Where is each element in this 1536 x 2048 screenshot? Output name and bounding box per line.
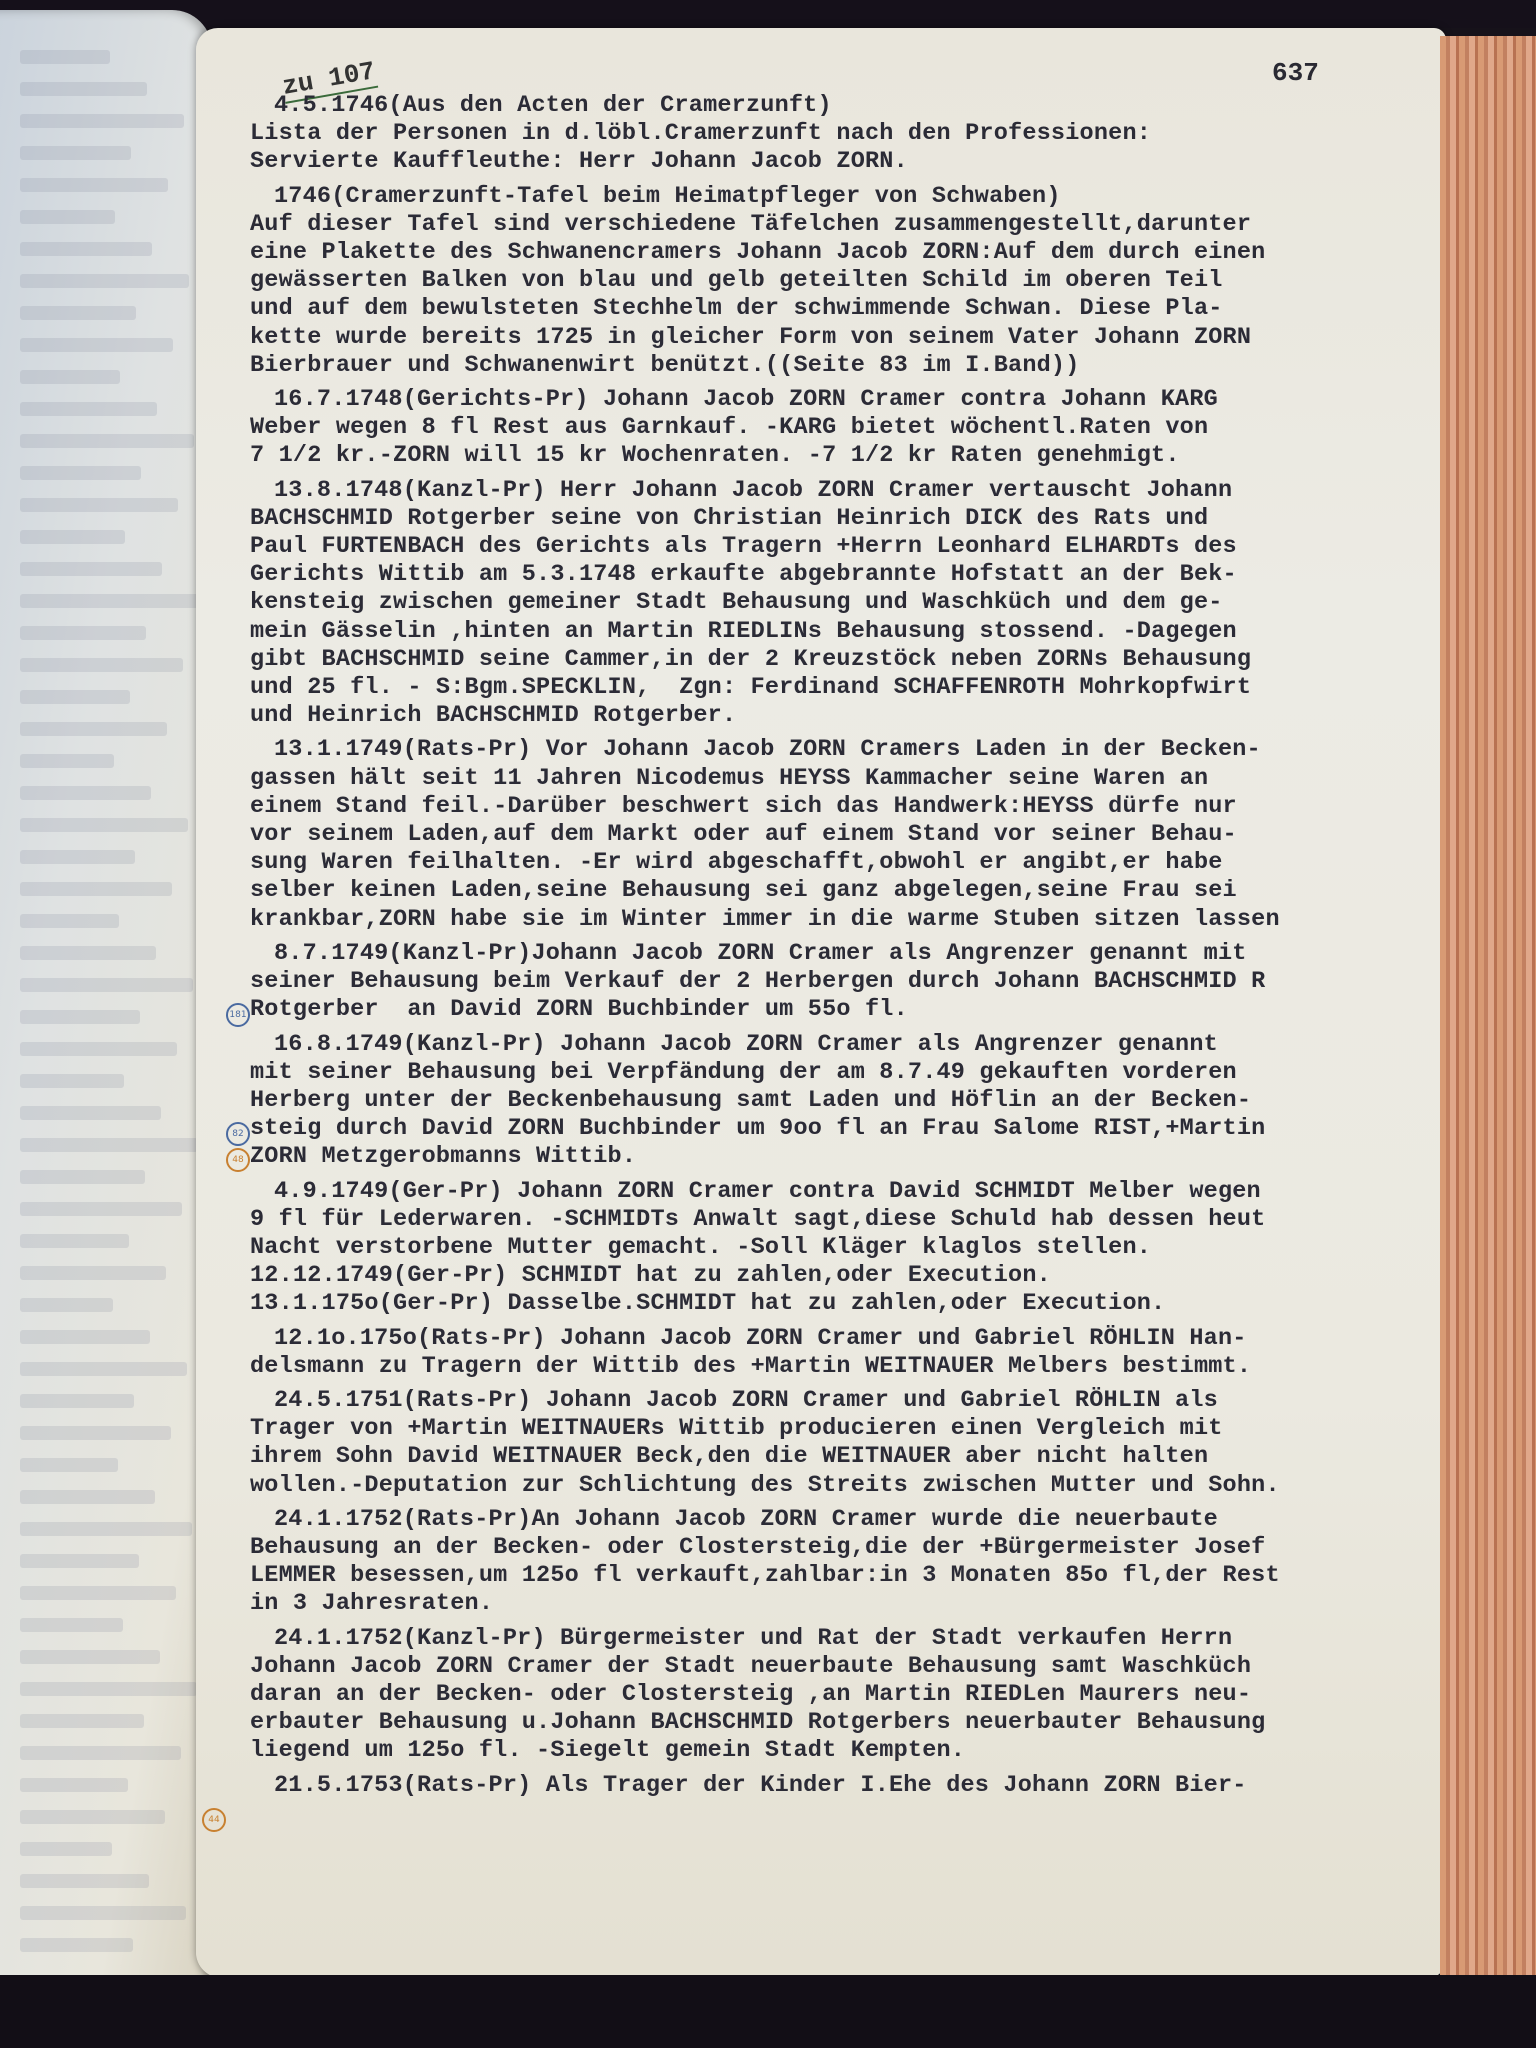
show-through-line <box>20 402 157 416</box>
show-through-line <box>20 530 125 544</box>
show-through-line <box>20 1458 118 1472</box>
entry-text-line: vor seinem Laden,auf dem Markt oder auf … <box>250 821 1440 849</box>
show-through-line <box>20 82 147 96</box>
left-page <box>0 10 212 2000</box>
show-through-line <box>20 1330 150 1344</box>
show-through-line <box>20 1394 134 1408</box>
show-through-line <box>20 626 146 640</box>
show-through-line <box>20 210 115 224</box>
entry-text-line: Herberg unter der Beckenbehausung samt L… <box>250 1087 1440 1115</box>
entry-text-line: und 25 fl. - S:Bgm.SPECKLIN, Zgn: Ferdin… <box>250 674 1440 702</box>
record-entry: 16.8.1749(Kanzl-Pr) Johann Jacob ZORN Cr… <box>250 1031 1440 1172</box>
show-through-line <box>20 1490 155 1504</box>
record-entry: 13.1.1749(Rats-Pr) Vor Johann Jacob ZORN… <box>250 736 1440 933</box>
show-through-line <box>20 370 120 384</box>
entry-text-line: erbauter Behausung u.Johann BACHSCHMID R… <box>250 1709 1440 1737</box>
entry-text-line: mein Gässelin ,hinten an Martin RIEDLINs… <box>250 618 1440 646</box>
entry-heading-line: 1746(Cramerzunft-Tafel beim Heimatpflege… <box>250 183 1440 211</box>
entry-text-line: wollen.-Deputation zur Schlichtung des S… <box>250 1472 1440 1500</box>
show-through-line <box>20 850 135 864</box>
entry-heading-line: 24.1.1752(Rats-Pr)An Johann Jacob ZORN C… <box>250 1506 1440 1534</box>
entry-heading-line: 8.7.1749(Kanzl-Pr)Johann Jacob ZORN Cram… <box>250 940 1440 968</box>
show-through-line <box>20 978 193 992</box>
record-entry: 24.1.1752(Kanzl-Pr) Bürgermeister und Ra… <box>250 1625 1440 1766</box>
show-through-line <box>20 1170 145 1184</box>
entry-text-line: einem Stand feil.-Darüber beschwert sich… <box>250 793 1440 821</box>
margin-circle-mark: 82 <box>226 1122 250 1146</box>
margin-circle-mark: 48 <box>226 1148 250 1172</box>
entry-heading-line: 4.5.1746(Aus den Acten der Cramerzunft) <box>250 92 1440 120</box>
record-entry: 1746(Cramerzunft-Tafel beim Heimatpflege… <box>250 183 1440 380</box>
record-entry: 4.9.1749(Ger-Pr) Johann ZORN Cramer cont… <box>250 1178 1440 1319</box>
entry-heading-line: 21.5.1753(Rats-Pr) Als Trager der Kinder… <box>250 1772 1440 1800</box>
entry-text-line: Trager von +Martin WEITNAUERs Wittib pro… <box>250 1415 1440 1443</box>
entry-text-line: Auf dieser Tafel sind verschiedene Täfel… <box>250 211 1440 239</box>
background-top <box>0 0 1536 28</box>
show-through-line <box>20 338 173 352</box>
show-through-line <box>20 1714 144 1728</box>
show-through-line <box>20 434 194 448</box>
show-through-line <box>20 1426 171 1440</box>
background-bottom <box>0 1975 1536 2048</box>
show-through-line <box>20 274 189 288</box>
show-through-line <box>20 1010 140 1024</box>
entry-heading-line: 16.7.1748(Gerichts-Pr) Johann Jacob ZORN… <box>250 386 1440 414</box>
show-through-line <box>20 946 156 960</box>
show-through-line <box>20 50 110 64</box>
show-through-line <box>20 114 184 128</box>
show-through-line <box>20 242 152 256</box>
entry-text-line: kette wurde bereits 1725 in gleicher For… <box>250 324 1440 352</box>
entry-heading-line: 4.9.1749(Ger-Pr) Johann ZORN Cramer cont… <box>250 1178 1440 1206</box>
entry-text-line: kensteig zwischen gemeiner Stadt Behausu… <box>250 589 1440 617</box>
entry-heading-line: 24.1.1752(Kanzl-Pr) Bürgermeister und Ra… <box>250 1625 1440 1653</box>
show-through-line <box>20 914 119 928</box>
entry-text-line: ihrem Sohn David WEITNAUER Beck,den die … <box>250 1443 1440 1471</box>
show-through-line <box>20 1778 128 1792</box>
show-through-line <box>20 1874 149 1888</box>
entry-text-line: eine Plakette des Schwanencramers Johann… <box>250 239 1440 267</box>
record-entry: 16.7.1748(Gerichts-Pr) Johann Jacob ZORN… <box>250 386 1440 471</box>
entry-text-line: Johann Jacob ZORN Cramer der Stadt neuer… <box>250 1653 1440 1681</box>
entry-text-line: Weber wegen 8 fl Rest aus Garnkauf. -KAR… <box>250 414 1440 442</box>
show-through-line <box>20 882 172 896</box>
entry-text-line: sung Waren feilhalten. -Er wird abgescha… <box>250 849 1440 877</box>
show-through-line <box>20 658 183 672</box>
record-entry: 21.5.1753(Rats-Pr) Als Trager der Kinder… <box>250 1772 1440 1800</box>
show-through-line <box>20 786 151 800</box>
entry-text-line: ZORN Metzgerobmanns Wittib. <box>250 1143 1440 1171</box>
show-through-line <box>20 1298 113 1312</box>
show-through-line <box>20 1106 161 1120</box>
entry-text-line: 13.1.175o(Ger-Pr) Dasselbe.SCHMIDT hat z… <box>250 1290 1440 1318</box>
entry-text-line: 9 fl für Lederwaren. -SCHMIDTs Anwalt sa… <box>250 1206 1440 1234</box>
entry-text-line: Nacht verstorbene Mutter gemacht. -Soll … <box>250 1234 1440 1262</box>
show-through-line <box>20 1522 192 1536</box>
show-through-line <box>20 178 168 192</box>
entry-text-line: in 3 Jahresraten. <box>250 1590 1440 1618</box>
entry-text-line: krankbar,ZORN habe sie im Winter immer i… <box>250 906 1440 934</box>
show-through-line <box>20 1202 182 1216</box>
show-through-line <box>20 1362 187 1376</box>
record-entry: 24.1.1752(Rats-Pr)An Johann Jacob ZORN C… <box>250 1506 1440 1619</box>
entry-text-line: und Heinrich BACHSCHMID Rotgerber. <box>250 702 1440 730</box>
show-through-line <box>20 1682 197 1696</box>
show-through-line <box>20 1266 166 1280</box>
margin-circle-mark: 44 <box>202 1808 226 1832</box>
page-number: 637 <box>1272 58 1319 88</box>
show-through-line <box>20 1650 160 1664</box>
entry-text-line: Rotgerber an David ZORN Buchbinder um 55… <box>250 996 1440 1024</box>
typewritten-text: 4.5.1746(Aus den Acten der Cramerzunft)L… <box>250 92 1440 1806</box>
show-through-line <box>20 1586 176 1600</box>
entry-text-line: Lista der Personen in d.löbl.Cramerzunft… <box>250 120 1440 148</box>
show-through-line <box>20 690 130 704</box>
entry-text-line: Servierte Kauffleuthe: Herr Johann Jacob… <box>250 148 1440 176</box>
entry-text-line: daran an der Becken- oder Clostersteig ,… <box>250 1681 1440 1709</box>
entry-text-line: Gerichts Wittib am 5.3.1748 erkaufte abg… <box>250 561 1440 589</box>
show-through-line <box>20 1906 186 1920</box>
record-entry: 8.7.1749(Kanzl-Pr)Johann Jacob ZORN Cram… <box>250 940 1440 1025</box>
show-through-line <box>20 594 199 608</box>
show-through-line <box>20 818 188 832</box>
entry-text-line: mit seiner Behausung bei Verpfändung der… <box>250 1059 1440 1087</box>
show-through-line <box>20 1618 123 1632</box>
record-entry: 13.8.1748(Kanzl-Pr) Herr Johann Jacob ZO… <box>250 477 1440 731</box>
record-entry: 12.1o.175o(Rats-Pr) Johann Jacob ZORN Cr… <box>250 1325 1440 1381</box>
entry-text-line: selber keinen Laden,seine Behausung sei … <box>250 877 1440 905</box>
entry-text-line: gassen hält seit 11 Jahren Nicodemus HEY… <box>250 765 1440 793</box>
show-through-line <box>20 146 131 160</box>
entry-text-line: seiner Behausung beim Verkauf der 2 Herb… <box>250 968 1440 996</box>
show-through-line <box>20 466 141 480</box>
record-entry: 24.5.1751(Rats-Pr) Johann Jacob ZORN Cra… <box>250 1387 1440 1500</box>
show-through-line <box>20 1074 124 1088</box>
margin-circle-mark: 181 <box>226 1003 250 1027</box>
show-through-line <box>20 1746 181 1760</box>
show-through-line <box>20 1810 165 1824</box>
entry-text-line: gewässerten Balken von blau und gelb get… <box>250 267 1440 295</box>
show-through-line <box>20 722 167 736</box>
entry-text-line: 7 1/2 kr.-ZORN will 15 kr Wochenraten. -… <box>250 442 1440 470</box>
entry-text-line: BACHSCHMID Rotgerber seine von Christian… <box>250 505 1440 533</box>
show-through-line <box>20 1842 112 1856</box>
entry-text-line: delsmann zu Tragern der Wittib des +Mart… <box>250 1353 1440 1381</box>
show-through-line <box>20 1938 133 1952</box>
show-through-line <box>20 1138 198 1152</box>
entry-text-line: Bierbrauer und Schwanenwirt benützt.((Se… <box>250 352 1440 380</box>
show-through-line <box>20 1234 129 1248</box>
record-entry: 4.5.1746(Aus den Acten der Cramerzunft)L… <box>250 92 1440 177</box>
entry-text-line: und auf dem bewulsteten Stechhelm der sc… <box>250 295 1440 323</box>
show-through-line <box>20 1042 177 1056</box>
entry-heading-line: 12.1o.175o(Rats-Pr) Johann Jacob ZORN Cr… <box>250 1325 1440 1353</box>
show-through-line <box>20 1554 139 1568</box>
entry-text-line: gibt BACHSCHMID seine Cammer,in der 2 Kr… <box>250 646 1440 674</box>
page-edges <box>1440 36 1536 1986</box>
show-through-line <box>20 306 136 320</box>
entry-heading-line: 13.8.1748(Kanzl-Pr) Herr Johann Jacob ZO… <box>250 477 1440 505</box>
entry-heading-line: 24.5.1751(Rats-Pr) Johann Jacob ZORN Cra… <box>250 1387 1440 1415</box>
show-through-line <box>20 498 178 512</box>
entry-text-line: liegend um 125o fl. -Siegelt gemein Stad… <box>250 1737 1440 1765</box>
entry-text-line: steig durch David ZORN Buchbinder um 9oo… <box>250 1115 1440 1143</box>
entry-text-line: Paul FURTENBACH des Gerichts als Tragern… <box>250 533 1440 561</box>
show-through-line <box>20 754 114 768</box>
entry-text-line: Behausung an der Becken- oder Closterste… <box>250 1534 1440 1562</box>
entry-text-line: LEMMER besessen,um 125o fl verkauft,zahl… <box>250 1562 1440 1590</box>
entry-heading-line: 16.8.1749(Kanzl-Pr) Johann Jacob ZORN Cr… <box>250 1031 1440 1059</box>
entry-text-line: 12.12.1749(Ger-Pr) SCHMIDT hat zu zahlen… <box>250 1262 1440 1290</box>
show-through-line <box>20 562 162 576</box>
entry-heading-line: 13.1.1749(Rats-Pr) Vor Johann Jacob ZORN… <box>250 736 1440 764</box>
